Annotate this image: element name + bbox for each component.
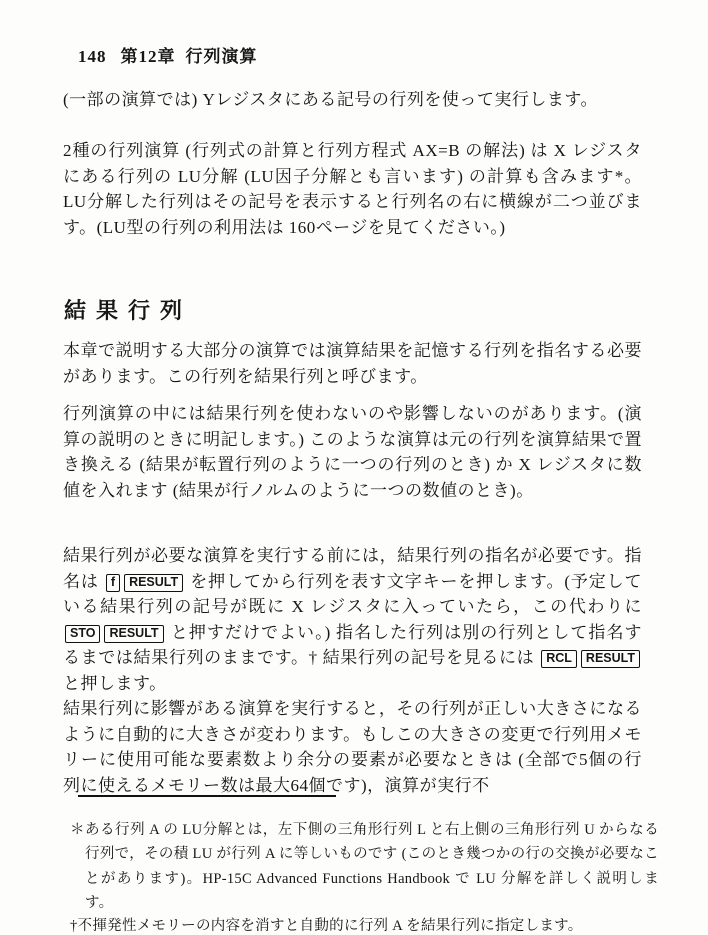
keycap-rcl: RCL bbox=[541, 650, 577, 668]
keycap-result: RESULT bbox=[124, 574, 183, 592]
section-paragraph-keys: 結果行列が必要な演算を実行する前には，結果行列の指名が必要です。指名は fRES… bbox=[63, 543, 642, 696]
chapter-label: 第12章 bbox=[121, 47, 176, 66]
keycap-sto: STO bbox=[65, 625, 100, 643]
footnote-divider bbox=[78, 795, 336, 797]
footnote-dagger: †不揮発性メモリーの内容を消すと自動的に行列 A を結果行列に指定します。 bbox=[70, 914, 659, 935]
section-paragraph-1: 本章で説明する大部分の演算では演算結果を記憶する行列を指名する必要があります。こ… bbox=[63, 338, 642, 389]
keycap-result: RESULT bbox=[104, 625, 163, 643]
text-segment: と押します。 bbox=[63, 674, 167, 693]
chapter-title: 行列演算 bbox=[186, 47, 258, 66]
footnote-asterisk: ＊ある行列 A の LU分解とは，左下側の三角形行列 L と右上側の三角形行列 … bbox=[70, 818, 659, 916]
intro-paragraph-1: (一部の演算では) Yレジスタにある記号の行列を使って実行します。 bbox=[63, 87, 642, 113]
manual-page: 148第12章行列演算 (一部の演算では) Yレジスタにある記号の行列を使って実… bbox=[0, 0, 708, 935]
keycap-result: RESULT bbox=[581, 650, 640, 668]
section-heading: 結果行列 bbox=[64, 294, 192, 325]
section-paragraph-2: 行列演算の中には結果行列を使わないのや影響しないのがあります。(演算の説明のとき… bbox=[63, 401, 642, 503]
page-number: 148 bbox=[78, 47, 107, 66]
intro-paragraph-2: 2種の行列演算 (行列式の計算と行列方程式 AX=B の解法) は X レジスタ… bbox=[63, 138, 642, 240]
running-header: 148第12章行列演算 bbox=[78, 42, 258, 67]
keycap-f: f bbox=[106, 574, 120, 592]
section-paragraph-4: 結果行列に影響がある演算を実行すると，その行列が正しい大きさになるように自動的に… bbox=[63, 696, 642, 798]
